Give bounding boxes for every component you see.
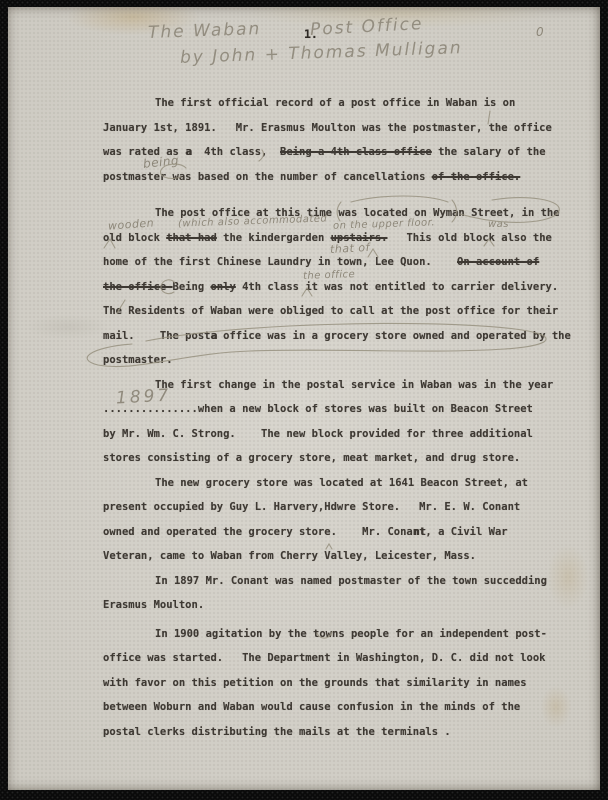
handwritten-byline: by John + Thomas Mulligan — [180, 38, 463, 68]
typed-segment: postal clerks distributing the mails at … — [103, 726, 451, 738]
typed-segment: the salary of the — [432, 146, 546, 158]
typed-line: In 1900 agitation by the towns people fo… — [103, 622, 583, 647]
handwritten-title-part1: The Waban — [148, 19, 262, 43]
typed-segment: postmaster. — [103, 354, 173, 366]
typed-line: January 1st, 1891. Mr. Erasmus Moulton w… — [103, 116, 583, 141]
typed-line: postal clerks distributing the mails at … — [103, 720, 583, 745]
typed-line: postmaster. — [103, 348, 583, 373]
typed-segment: nt — [413, 526, 426, 538]
typed-line: Erasmus Moulton. — [103, 593, 583, 618]
typed-segment-struck: On account of — [457, 256, 539, 268]
paragraph: In 1897 Mr. Conant was named postmaster … — [103, 569, 583, 618]
typed-line: The new grocery store was located at 164… — [103, 471, 583, 496]
handwritten-title-part2: Post Office — [310, 14, 424, 40]
typed-line: by Mr. Wm. C. Strong. The new block prov… — [103, 422, 583, 447]
typed-segment: The Residents of Waban were obliged to c… — [103, 305, 558, 317]
typed-line: between Woburn and Waban would cause con… — [103, 695, 583, 720]
annotation-was: was — [488, 219, 509, 230]
typed-segment: home of the first Chinese Laundry in tow… — [103, 256, 457, 268]
typed-segment: stores consisting of a grocery store, me… — [103, 452, 520, 464]
annotation-year-1897: 1897 — [116, 386, 172, 409]
paragraph: The first change in the postal service i… — [103, 373, 583, 471]
typed-segment-struck: of the office. — [432, 171, 521, 183]
typed-segment: old block — [103, 232, 166, 244]
typed-line: Veteran, came to Waban from Cherry Valle… — [103, 544, 583, 569]
pencil-zero-mark: 0 — [536, 25, 545, 39]
typed-segment-struck: only — [210, 281, 235, 293]
typed-line: mail. The posta office was in a grocery … — [103, 324, 583, 349]
typed-line: postmaster was based on the number of ca… — [103, 165, 583, 190]
typed-segment: The new grocery store was located at 164… — [155, 477, 528, 489]
typed-text: The first official record of a post offi… — [103, 91, 583, 744]
typed-segment: between Woburn and Waban would cause con… — [103, 701, 520, 713]
typed-segment: present occupied by Guy L. Harvery,Hdwre… — [103, 501, 520, 513]
paragraph: The new grocery store was located at 164… — [103, 471, 583, 569]
typed-segment: The first change in the postal service i… — [155, 379, 553, 391]
typed-segment: In 1900 agitation by the towns people fo… — [155, 628, 547, 640]
paragraph: The first official record of a post offi… — [103, 91, 583, 189]
typed-segment: Being — [173, 281, 211, 293]
typed-segment: office was in a grocery store owned and … — [217, 330, 571, 342]
typed-segment: mail. The post — [103, 330, 210, 342]
typed-segment-struck: Being a 4th class office — [280, 146, 432, 158]
typed-segment-struck: that had — [166, 232, 217, 244]
typed-segment: This old block also the — [388, 232, 552, 244]
typed-line: The Residents of Waban were obliged to c… — [103, 299, 583, 324]
typed-segment: owned and operated the grocery store. Mr… — [103, 526, 413, 538]
typed-segment: The first official record of a post offi… — [155, 97, 515, 109]
typed-line: In 1897 Mr. Conant was named postmaster … — [103, 569, 583, 594]
typed-segment-struck: the office — [103, 281, 173, 293]
typed-line: ...............when a new block of store… — [103, 397, 583, 422]
typed-segment: 4th class, — [192, 146, 281, 158]
typed-segment: the kindergarden — [217, 232, 331, 244]
typed-segment: 4th class it was not entitled to carrier… — [236, 281, 558, 293]
typed-line: owned and operated the grocery store. Mr… — [103, 520, 583, 545]
paragraph: In 1900 agitation by the towns people fo… — [103, 622, 583, 745]
annotation-that-of: that of — [330, 241, 371, 256]
annotation-the-office: the office — [303, 269, 356, 282]
typed-line: office was started. The Department in Wa… — [103, 646, 583, 671]
typed-segment: Erasmus Moulton. — [103, 599, 204, 611]
typed-segment: with favor on this petition on the groun… — [103, 677, 527, 689]
typed-segment: Veteran, came to Waban from Cherry Valle… — [103, 550, 476, 562]
typed-segment: postmaster was based on the number of ca… — [103, 171, 432, 183]
typed-line: with favor on this petition on the groun… — [103, 671, 583, 696]
typed-line: stores consisting of a grocery store, me… — [103, 446, 583, 471]
typewritten-page: 1. The first official record of a post o… — [8, 7, 600, 790]
typed-segment: , a Civil War — [425, 526, 507, 538]
typed-line: present occupied by Guy L. Harvery,Hdwre… — [103, 495, 583, 520]
typed-segment: by Mr. Wm. C. Strong. The new block prov… — [103, 428, 533, 440]
document-scan-photo: 1. The first official record of a post o… — [0, 0, 608, 800]
typed-segment: office was started. The Department in Wa… — [103, 652, 546, 664]
typed-line: The first official record of a post offi… — [103, 91, 583, 116]
typed-line: The first change in the postal service i… — [103, 373, 583, 398]
typed-segment: In 1897 Mr. Conant was named postmaster … — [155, 575, 547, 587]
typed-segment: January 1st, 1891. Mr. Erasmus Moulton w… — [103, 122, 552, 134]
